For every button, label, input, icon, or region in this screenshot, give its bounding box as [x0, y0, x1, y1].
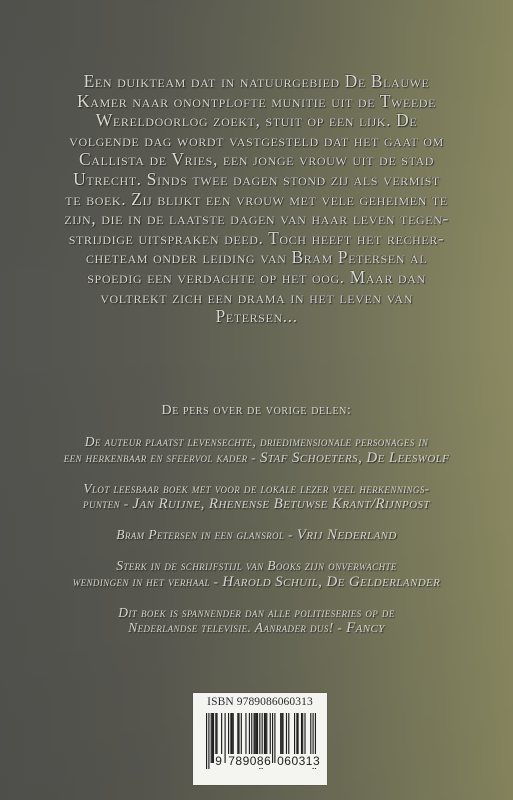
barcode-digits-left: 789086: [227, 754, 272, 768]
barcode-digits: 9 789086 060313: [193, 740, 327, 782]
press-reviews: De auteur plaatst levensechte, driedimen…: [30, 434, 483, 651]
blurb-line: Een duikteam dat in natuurgebied De Blau…: [40, 72, 473, 92]
review-separator: -: [334, 620, 346, 635]
review-source: Vrij Nederland: [297, 527, 397, 543]
review-quote: Bram Petersen in een glansrol: [116, 527, 284, 542]
isbn-barcode: ISBN 9789086060313 9 789086 060313: [193, 693, 327, 785]
review-separator: -: [284, 527, 296, 542]
press-review: Sterk in de schrijfstijl van Books zijn …: [30, 558, 483, 590]
blurb-line: te boek. Zij blijkt een vrouw met vele g…: [40, 190, 473, 210]
review-source: Fancy: [346, 620, 385, 636]
blurb-line: volgende dag wordt vastgesteld dat het g…: [40, 131, 473, 151]
barcode-digit-first: 9: [214, 754, 223, 768]
press-review: Dit boek is spannender dan alle polities…: [30, 605, 483, 637]
press-review: De auteur plaatst levensechte, driedimen…: [30, 434, 483, 466]
review-quote: Dit boek is spannender dan alle polities…: [118, 605, 394, 620]
review-quote: Nederlandse televisie. Aanrader dus!: [128, 620, 333, 635]
review-source: Jan Ruijne, Rhenense Betuwse Krant/Rijnp…: [132, 496, 430, 512]
review-separator: -: [210, 574, 222, 589]
blurb-line: voltrekt zich een drama in het leven van: [40, 288, 473, 308]
blurb-line: spoedig een verdachte op het oog. Maar d…: [40, 268, 473, 288]
blurb-line: zijn, die in de laatste dagen van haar l…: [40, 209, 473, 229]
barcode-digits-right: 060313: [276, 754, 321, 768]
press-review: Bram Petersen in een glansrol - Vrij Ned…: [30, 527, 483, 544]
review-quote: wendingen in het verhaal: [73, 574, 210, 589]
review-source: Harold Schuil, De Gelderlander: [222, 574, 440, 590]
blurb-line: Kamer naar onontplofte munitie uit de Tw…: [40, 92, 473, 112]
blurb-line: cheteam onder leiding van Bram Petersen …: [40, 248, 473, 268]
press-heading: De pers over de vorige delen:: [40, 403, 473, 419]
review-quote: De auteur plaatst levensechte, driedimen…: [85, 434, 428, 449]
review-quote: punten: [83, 496, 120, 511]
review-separator: -: [248, 450, 260, 465]
blurb-line: Utrecht. Sinds twee dagen stond zij als …: [40, 170, 473, 190]
review-separator: -: [120, 496, 132, 511]
blurb-line: Wereldoorlog zoekt, stuit op een lijk. D…: [40, 111, 473, 131]
back-cover-blurb: Een duikteam dat in natuurgebied De Blau…: [40, 72, 473, 327]
review-quote: Sterk in de schrijfstijl van Books zijn …: [116, 558, 397, 573]
blurb-line: Petersen...: [40, 307, 473, 327]
blurb-line: Callista de Vries, een jonge vrouw uit d…: [40, 150, 473, 170]
review-quote: Vlot leesbaar boek met voor de lokale le…: [83, 481, 429, 496]
review-source: Staf Schoeters, De Leeswolf: [260, 450, 449, 466]
blurb-line: strijdige uitspraken deed. Toch heeft he…: [40, 229, 473, 249]
review-quote: een herkenbaar en sfeervol kader: [64, 450, 248, 465]
isbn-label: ISBN 9789086060313: [193, 696, 327, 708]
press-review: Vlot leesbaar boek met voor de lokale le…: [30, 481, 483, 513]
